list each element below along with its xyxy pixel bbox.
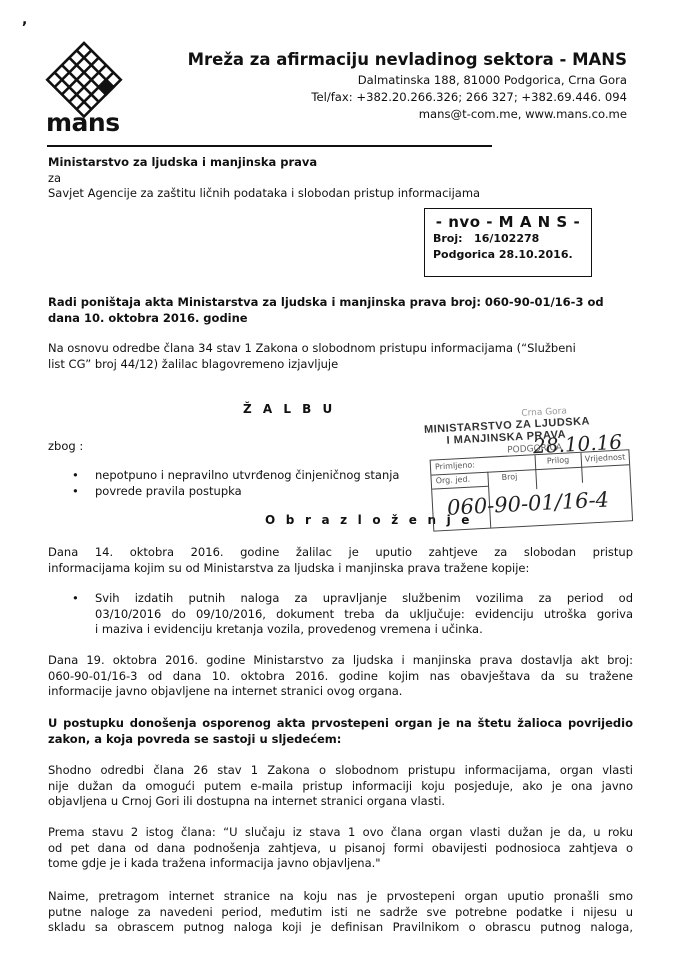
paragraph-line: Prema stavu 2 istog člana: “U slučaju iz… [48, 825, 633, 841]
paragraph-line: informacije javno objavljene na internet… [48, 684, 633, 700]
paragraph-line: informacijama kojim su od Ministarstva z… [48, 561, 633, 577]
paragraph-line: zakon, a koja povreda se sastoji u sljed… [48, 732, 633, 748]
stamp-value-label: Vrijednost [585, 452, 626, 463]
reference-box: - nvo - M A N S - Broj: 16/102278 Podgor… [424, 208, 592, 277]
stamp-number-label: Broj [501, 472, 517, 482]
reference-number: Broj: 16/102278 [433, 231, 591, 247]
request-bullet: • [72, 591, 79, 605]
paragraph-line: putne naloge za navedeni period, međutim… [48, 905, 633, 921]
paragraph-article-26: Shodno odredbi člana 26 stav 1 Zakona o … [48, 763, 633, 810]
paragraph-line: Svih izdatih putnih naloga za upravljanj… [95, 591, 633, 607]
paragraph-request: Dana 14. oktobra 2016. godine žalilac je… [48, 545, 633, 576]
paragraph-search-findings: Naime, pretragom internet stranice na ko… [48, 889, 633, 936]
paragraph-line: Dana 14. oktobra 2016. godine žalilac je… [48, 545, 633, 561]
paragraph-line: Naime, pretragom internet stranice na ko… [48, 889, 633, 905]
ground-bullet-2: • [72, 484, 79, 498]
paragraph-line: i maziva i evidenciju kretanja vozila, p… [95, 622, 633, 638]
paragraph-line: od pet dana od dana podnošenja zahtjeva,… [48, 841, 633, 857]
email-web: mans@t-com.me, www.mans.co.me [419, 107, 627, 121]
header-divider [47, 145, 492, 147]
ground-bullet-1: • [72, 468, 79, 482]
reference-box-title: - nvo - M A N S - [425, 213, 591, 231]
paragraph-response: Dana 19. oktobra 2016. godine Ministarst… [48, 653, 633, 700]
paragraph-line: Shodno odredbi člana 26 stav 1 Zakona o … [48, 763, 633, 779]
stamp-attachment-label: Prilog [547, 455, 570, 465]
paragraph-line: skladu sa obrascem putnog naloga koji je… [48, 920, 633, 936]
paragraph-line: 03/10/2016 do 09/10/2016, dokument treba… [95, 607, 633, 623]
paragraph-line: U postupku donošenja osporenog akta prvo… [48, 716, 633, 732]
subject-line-1: Radi poništaja akta Ministarstva za ljud… [48, 295, 604, 311]
recipient-line-2: za [48, 171, 61, 187]
organization-name: Mreža za afirmaciju nevladinog sektora -… [188, 50, 627, 69]
appeal-title: Ž A L B U [243, 402, 336, 416]
stamp-received-label: Primljeno: [435, 460, 475, 471]
address: Dalmatinska 188, 81000 Podgorica, Crna G… [358, 73, 627, 87]
zbog-label: zbog : [48, 439, 83, 455]
recipient-line-1: Ministarstvo za ljudska i manjinska prav… [48, 155, 317, 171]
paragraph-line: nije dužan da omogući putem e-maila pris… [48, 779, 633, 795]
paragraph-line: tome gdje je i kada tražena informacija … [48, 856, 633, 872]
paragraph-article-26-stav-2: Prema stavu 2 istog člana: “U slučaju iz… [48, 825, 633, 872]
stamp-org-unit-label: Org. jed. [435, 475, 470, 486]
ground-item-2: povrede pravila postupka [95, 484, 242, 500]
paragraph-line: 060-90-01/16-3 od dana 10. oktobra 2016.… [48, 669, 633, 685]
intro-line-2: list CG” broj 44/12) žalilac blagovremen… [48, 357, 338, 373]
tel-fax: Tel/fax: +382.20.266.326; 266 327; +382.… [311, 90, 627, 104]
stamp-handwritten-number: 060-90-01/16-4 [447, 487, 610, 519]
ministry-received-stamp: Crna Gora MINISTARSTVO ZA LJUDSKA I MANJ… [423, 396, 679, 529]
paragraph-line: objavljena u Crnoj Gori ili dostupna na … [48, 794, 633, 810]
reference-place-date: Podgorica 28.10.2016. [433, 247, 591, 263]
reference-number-label: Broj: [433, 232, 463, 245]
intro-line-1: Na osnovu odredbe člana 34 stav 1 Zakona… [48, 341, 576, 357]
reference-number-value: 16/102278 [474, 232, 539, 245]
requested-documents: Svih izdatih putnih naloga za upravljanj… [95, 591, 633, 638]
recipient-line-3: Savjet Agencije za zaštitu ličnih podata… [48, 186, 480, 202]
paragraph-line: Dana 19. oktobra 2016. godine Ministarst… [48, 653, 633, 669]
ground-item-1: nepotpuno i nepravilno utvrđenog činjeni… [95, 468, 399, 484]
paragraph-violation: U postupku donošenja osporenog akta prvo… [48, 716, 633, 747]
stamp-grid: Primljeno: Org. jed. Broj Prilog Vrijedn… [430, 449, 633, 531]
subject-line-2: dana 10. oktobra 2016. godine [48, 311, 248, 327]
logo-wordmark: mans [46, 108, 120, 137]
scan-mark: , [22, 12, 27, 28]
